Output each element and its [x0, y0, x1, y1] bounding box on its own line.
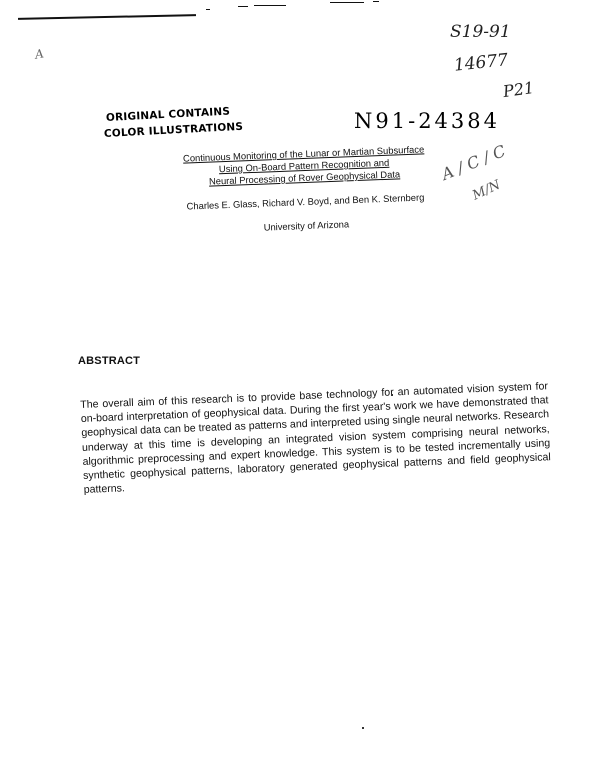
abstract-heading: ABSTRACT: [78, 355, 140, 367]
accession-number: N91-24384: [354, 109, 500, 133]
scan-edge-line: [373, 1, 379, 2]
stamp-line-1: ORIGINAL CONTAINS: [106, 106, 231, 124]
abstract-body: The overall aim of this research is to p…: [80, 379, 552, 497]
scan-edge-line: [206, 9, 210, 10]
scan-speck: [391, 394, 393, 396]
handwritten-page-count: P21: [502, 78, 535, 101]
scan-edge-line: [330, 2, 364, 3]
handwritten-document-number: S19-91: [450, 22, 511, 42]
scan-edge-line: [254, 5, 286, 6]
abstract-paragraph: The overall aim of this research is to p…: [80, 379, 552, 497]
stamp-line-2: COLOR ILLUSTRATIONS: [104, 121, 244, 140]
scan-speck: [362, 727, 364, 729]
scan-edge-line: [238, 6, 248, 7]
corner-handwritten-mark: A: [34, 46, 45, 61]
title-block: Continuous Monitoring of the Lunar or Ma…: [144, 142, 467, 237]
handwritten-accession-id: 14677: [453, 50, 509, 76]
handwritten-side-annotation: M/N: [470, 178, 503, 204]
scan-edge-line: [18, 14, 196, 20]
authors: Charles E. Glass, Richard V. Boyd, and B…: [145, 190, 465, 213]
affiliation: University of Arizona: [146, 214, 466, 237]
